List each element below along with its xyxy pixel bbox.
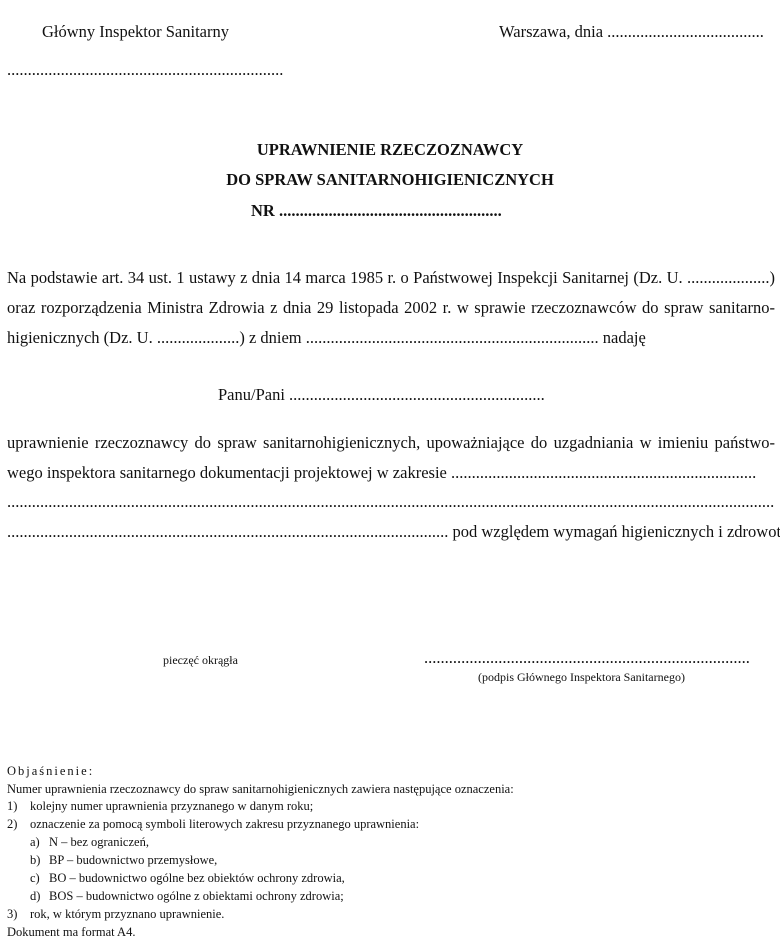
signature-line: ........................................… xyxy=(424,648,750,668)
explanation-item-marker: 2) xyxy=(7,817,17,832)
legal-basis-line3: higienicznych (Dz. U. ..................… xyxy=(7,328,646,348)
scope-line1: uprawnienie rzeczoznawcy do spraw sanita… xyxy=(7,433,775,453)
scope-line3: ........................................… xyxy=(7,492,775,512)
format-note: Dokument ma format A4. xyxy=(7,925,135,940)
legal-basis-line2: oraz rozporządzenia Ministra Zdrowia z d… xyxy=(7,298,775,318)
explanation-item: kolejny numer uprawnienia przyznanego w … xyxy=(30,799,313,814)
document-title-line2: DO SPRAW SANITARNOHIGIENICZNYCH xyxy=(0,170,780,190)
explanation-item-marker: 1) xyxy=(7,799,17,814)
place-date-field: Warszawa, dnia .........................… xyxy=(499,22,764,42)
issuer-name: Główny Inspektor Sanitarny xyxy=(42,22,229,42)
explanation-subitem-marker: c) xyxy=(30,871,40,886)
explanation-subitem-marker: d) xyxy=(30,889,40,904)
scope-line2: wego inspektora sanitarnego dokumentacji… xyxy=(7,463,756,483)
explanation-subitem: BOS – budownictwo ogólne z obiektami och… xyxy=(49,889,344,904)
explanation-subitem-marker: b) xyxy=(30,853,40,868)
legal-basis-line1: Na podstawie art. 34 ust. 1 ustawy z dni… xyxy=(7,268,775,288)
issuer-sign-line: ........................................… xyxy=(7,60,283,80)
scope-line4: ........................................… xyxy=(7,522,780,542)
signature-caption: (podpis Głównego Inspektora Sanitarnego) xyxy=(478,670,685,685)
explanation-item: oznaczenie za pomocą symboli literowych … xyxy=(30,817,419,832)
document-number-field: NR .....................................… xyxy=(251,201,502,221)
explanation-subitem: BO – budownictwo ogólne bez obiektów och… xyxy=(49,871,345,886)
explanation-item: rok, w którym przyznano uprawnienie. xyxy=(30,907,224,922)
explanation-subitem: BP – budownictwo przemysłowe, xyxy=(49,853,217,868)
explanation-subitem-marker: a) xyxy=(30,835,40,850)
document-title-line1: UPRAWNIENIE RZECZOZNAWCY xyxy=(0,140,780,160)
recipient-field: Panu/Pani ..............................… xyxy=(218,385,545,405)
explanation-subitem: N – bez ograniczeń, xyxy=(49,835,149,850)
explanation-intro: Numer uprawnienia rzeczoznawcy do spraw … xyxy=(7,782,514,797)
explanation-heading: Objaśnienie: xyxy=(7,764,94,779)
stamp-label: pieczęć okrągła xyxy=(163,653,238,668)
explanation-item-marker: 3) xyxy=(7,907,17,922)
